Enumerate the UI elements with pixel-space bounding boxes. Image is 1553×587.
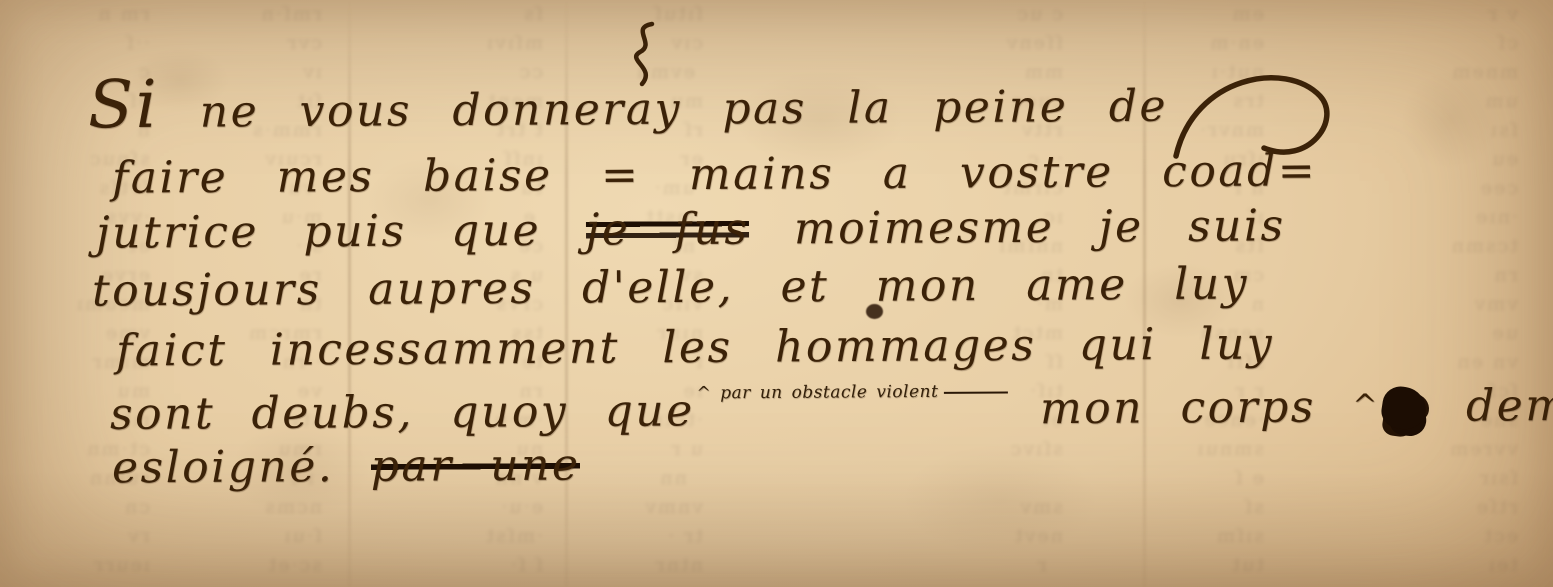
struck-out-text: par une — [371, 440, 581, 492]
handwritten-text: faire mes baise = mains a vostre coad= — [112, 145, 1317, 203]
interlinear-insertion: ^ par un obstacle violent — [697, 381, 1008, 403]
handwritten-text: jutrice puis que — [96, 205, 586, 259]
manuscript-line: faire mes baise = mains a vostre coad= — [112, 145, 1317, 203]
bleedthrough-column: v r cſ mnem um ſsı eu cee ·nıe tcsmn rn … — [1438, 0, 1518, 580]
manuscript-line: sont deubs, quoy que^ par un obstacle vi… — [110, 379, 1553, 440]
manuscript-line: esloigné. par une — [112, 440, 581, 494]
manuscript-line: Si ne vous donneray pas la peine de — [88, 81, 1168, 139]
manuscript-photo: { "page": { "paper_color": "#e6cba2", "i… — [0, 0, 1553, 587]
handwritten-text: Si — [88, 66, 160, 143]
handwritten-text: moimesme je suis — [749, 200, 1285, 254]
insertion-caret: ^ — [1352, 388, 1377, 423]
handwritten-text: ne vous donneray pas la peine de — [159, 81, 1168, 138]
struck-out-text: je fus — [585, 204, 749, 256]
handwritten-text: tousjours aupres d'elle, et mon ame luy — [92, 258, 1249, 316]
handwritten-text: sont deubs, quoy que — [110, 385, 695, 440]
manuscript-line: tousjours aupres d'elle, et mon ame luy — [92, 258, 1249, 316]
manuscript-line: jutrice puis que je fus moimesme je suis — [96, 200, 1286, 258]
ink-blot — [1379, 384, 1429, 432]
handwritten-text: faict incessamment les hommages qui luy — [116, 318, 1274, 376]
handwritten-text: demeurast — [1429, 379, 1553, 432]
manuscript-paper: rm n ··ſ c eſ n sſnuc ſvtſs ·vvs et erve… — [0, 0, 1553, 587]
handwritten-text: mon corps — [1003, 381, 1352, 434]
handwritten-text: esloigné. — [112, 441, 371, 494]
manuscript-line: faict incessamment les hommages qui luy — [116, 318, 1274, 376]
curl-flourish-icon — [612, 18, 672, 90]
